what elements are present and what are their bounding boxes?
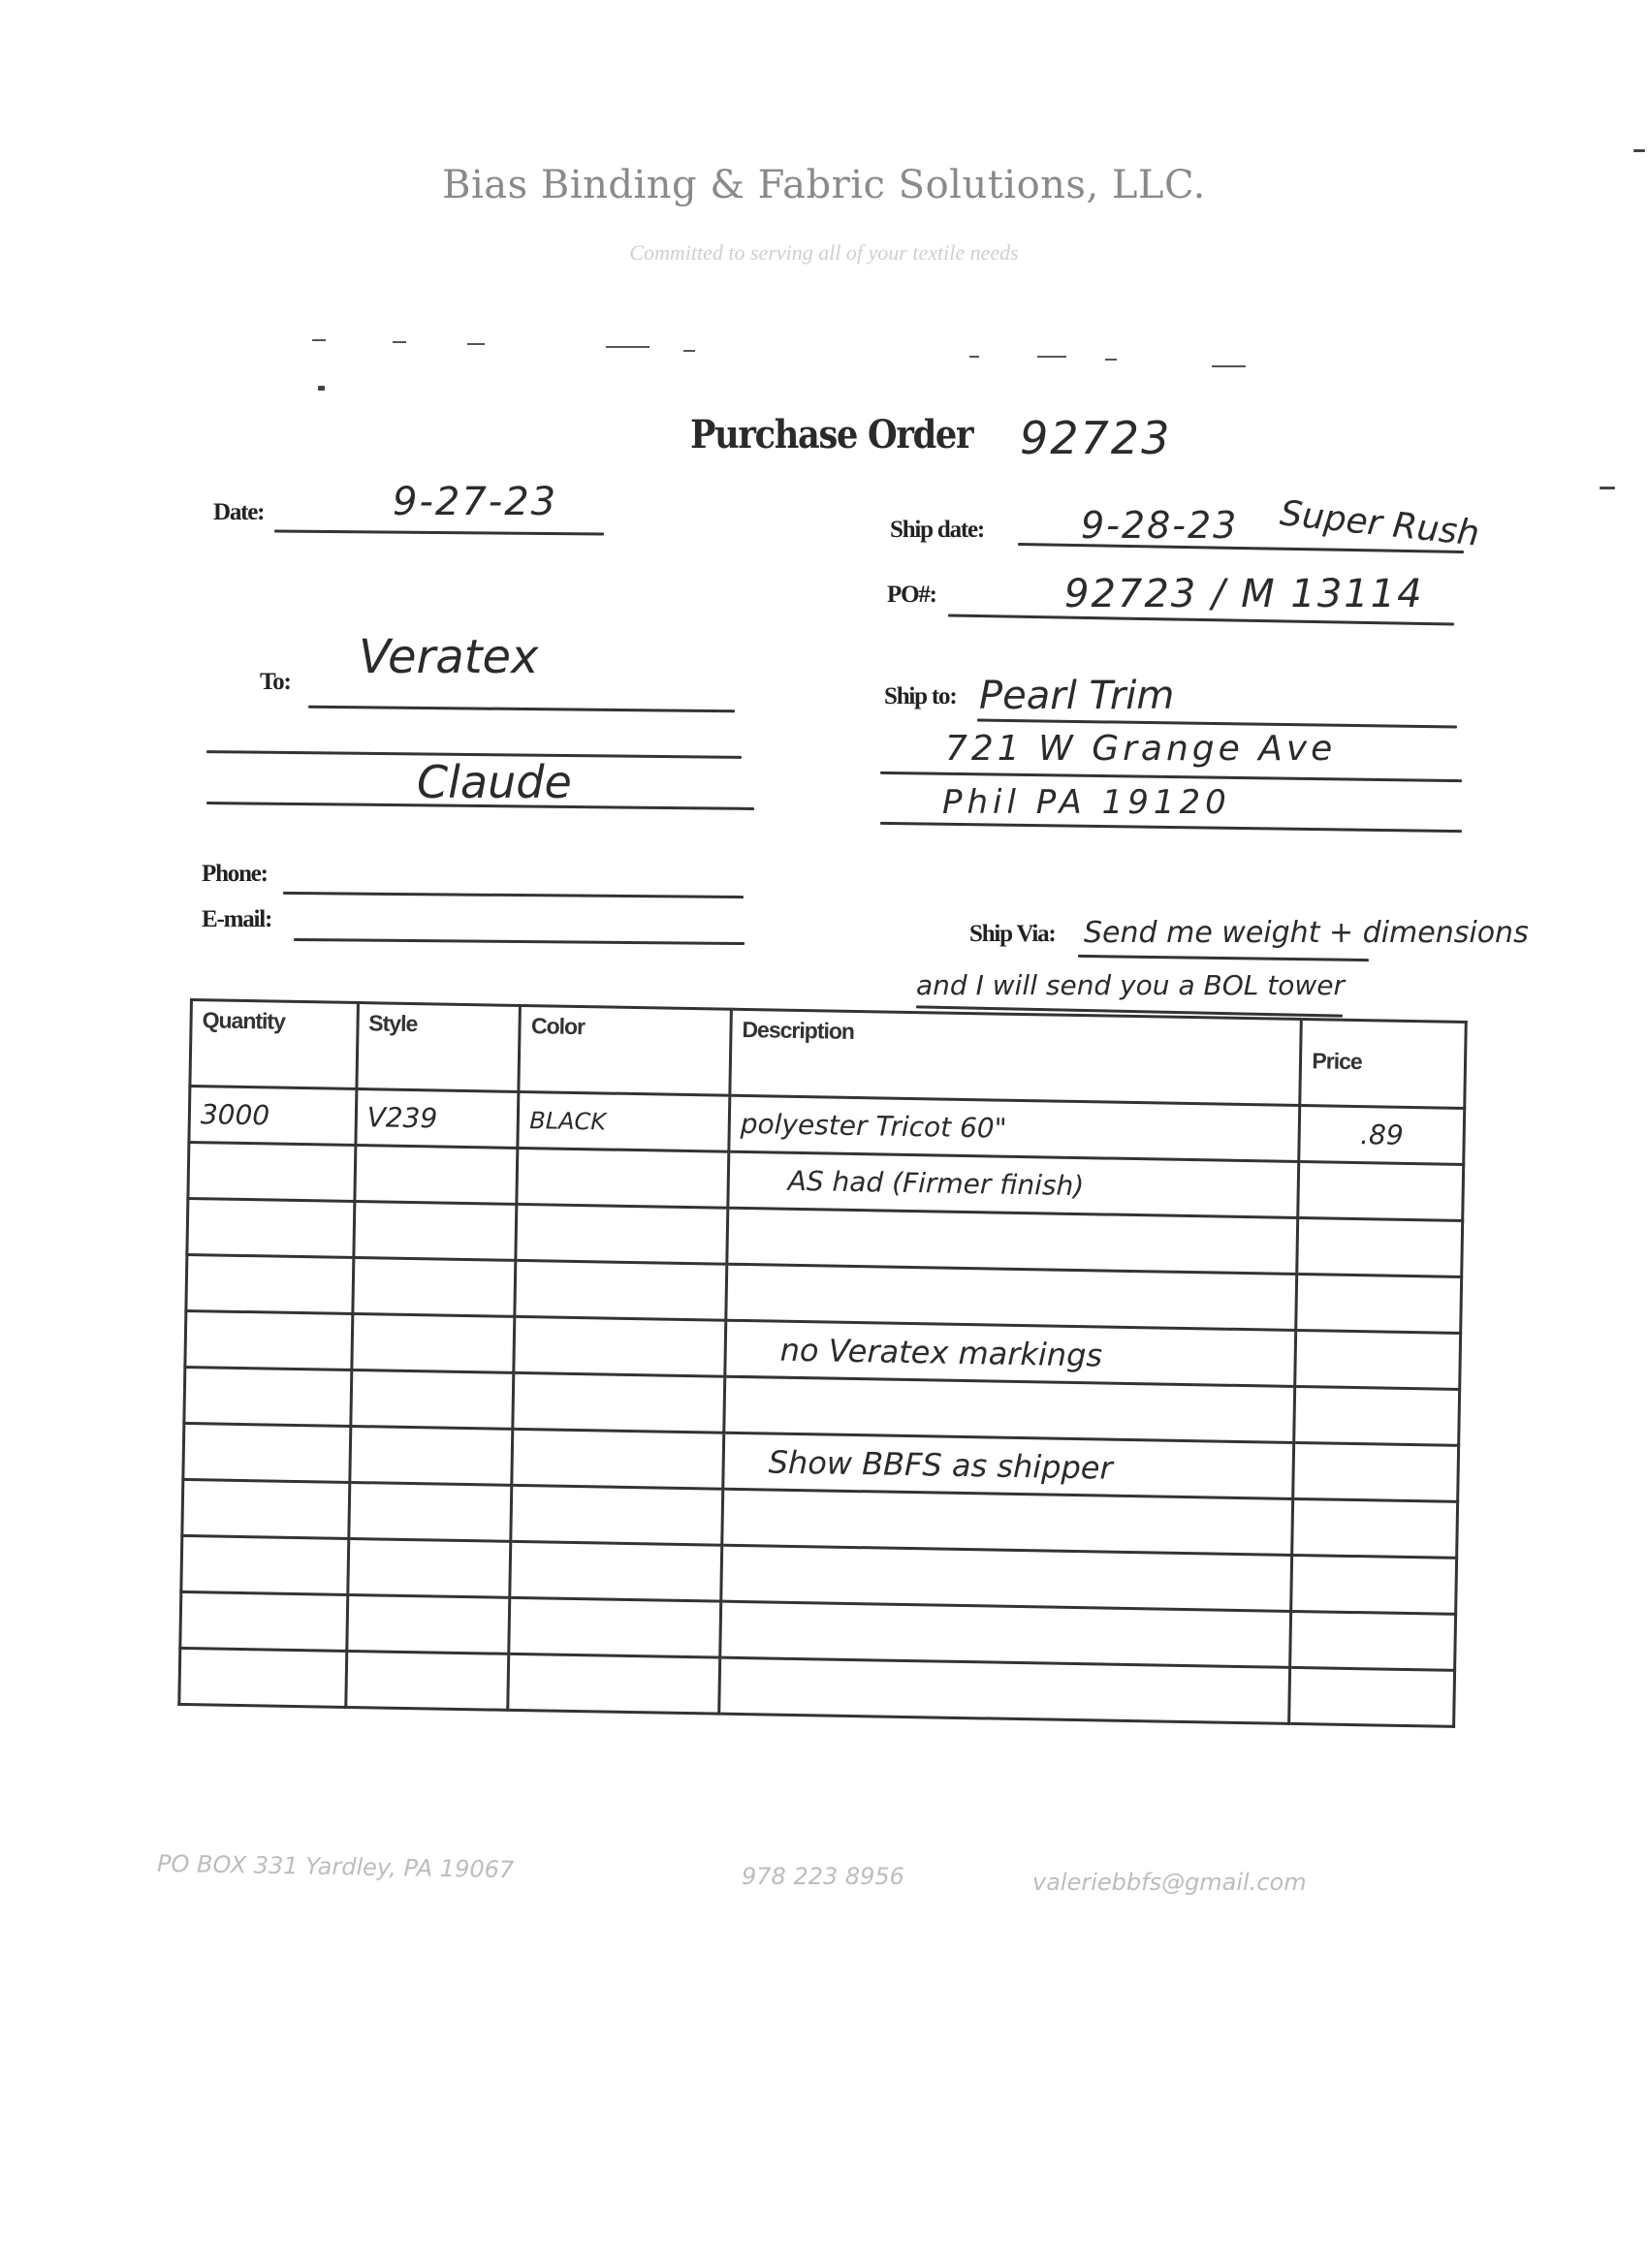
cell-price[interactable] bbox=[1296, 1274, 1462, 1333]
cell-color[interactable]: BLACK bbox=[518, 1091, 729, 1151]
cell-quantity[interactable] bbox=[188, 1143, 356, 1202]
ship-to-label: Ship to: bbox=[884, 683, 956, 710]
ship-via-label: Ship Via: bbox=[969, 921, 1056, 948]
phone-label: Phone: bbox=[202, 861, 268, 888]
page-title: Purchase Order bbox=[690, 412, 972, 457]
separator-dash bbox=[1212, 365, 1246, 367]
email-underline bbox=[294, 938, 745, 945]
cell-price[interactable] bbox=[1295, 1330, 1461, 1389]
date-underline bbox=[274, 530, 604, 536]
cell-style[interactable] bbox=[349, 1482, 513, 1541]
cell-description[interactable]: Show BBFS as shipper bbox=[723, 1433, 1294, 1498]
ship-to-field-line2[interactable]: 721 W Grange Ave bbox=[945, 729, 1336, 769]
cell-price[interactable] bbox=[1297, 1217, 1463, 1276]
to-field-line3[interactable]: Claude bbox=[417, 756, 572, 808]
column-header-quantity: Quantity bbox=[190, 1000, 358, 1089]
to-field-line1[interactable]: Veratex bbox=[359, 630, 538, 684]
cell-description[interactable]: polyester Tricot 60" bbox=[729, 1095, 1300, 1161]
cell-style[interactable] bbox=[347, 1594, 511, 1654]
cell-description[interactable]: AS had (Firmer finish) bbox=[728, 1151, 1299, 1217]
cell-price[interactable] bbox=[1290, 1611, 1456, 1670]
cell-quantity[interactable] bbox=[184, 1367, 352, 1426]
cell-price[interactable] bbox=[1293, 1442, 1459, 1501]
ship-to-underline-3 bbox=[880, 822, 1462, 833]
cell-color[interactable] bbox=[509, 1597, 720, 1657]
footer-phone: 978 223 8956 bbox=[742, 1863, 904, 1890]
scan-speck bbox=[1600, 487, 1615, 489]
cell-quantity[interactable] bbox=[183, 1423, 351, 1482]
cell-color[interactable] bbox=[516, 1204, 727, 1264]
company-name: Bias Binding & Fabric Solutions, LLC. bbox=[0, 163, 1648, 207]
cell-style[interactable] bbox=[354, 1201, 518, 1260]
cell-quantity[interactable] bbox=[182, 1479, 350, 1538]
po-title-number: 92723 bbox=[1020, 412, 1171, 464]
cell-description[interactable]: no Veratex markings bbox=[725, 1320, 1296, 1386]
cell-color[interactable] bbox=[513, 1372, 724, 1433]
cell-description[interactable] bbox=[726, 1264, 1297, 1330]
cell-color[interactable] bbox=[512, 1429, 723, 1489]
column-header-style: Style bbox=[357, 1003, 521, 1092]
phone-underline bbox=[283, 892, 744, 898]
po-number-label: PO#: bbox=[887, 582, 936, 609]
scan-speck bbox=[1633, 149, 1645, 152]
ship-date-label: Ship date: bbox=[890, 517, 984, 544]
ship-to-field-line1[interactable]: Pearl Trim bbox=[979, 674, 1174, 718]
date-field[interactable]: 9-27-23 bbox=[393, 480, 557, 524]
separator-dash bbox=[683, 350, 695, 352]
cell-description[interactable] bbox=[724, 1376, 1295, 1442]
cell-color[interactable] bbox=[508, 1654, 719, 1714]
ship-date-field[interactable]: 9-28-23 bbox=[1081, 504, 1238, 547]
separator-dash bbox=[312, 339, 326, 341]
cell-price[interactable] bbox=[1289, 1667, 1455, 1726]
ship-date-note: Super Rush bbox=[1278, 493, 1480, 553]
column-header-description: Description bbox=[730, 1009, 1302, 1105]
ship-via-underline bbox=[1078, 955, 1369, 961]
cell-description[interactable] bbox=[720, 1601, 1291, 1667]
cell-style[interactable]: V239 bbox=[356, 1089, 520, 1149]
cell-color[interactable] bbox=[517, 1148, 728, 1208]
items-table: Quantity Style Color Description Price 3… bbox=[177, 998, 1468, 1728]
cell-price[interactable] bbox=[1294, 1386, 1460, 1445]
ship-to-field-line3[interactable]: Phil PA 19120 bbox=[942, 783, 1231, 822]
cell-color[interactable] bbox=[514, 1316, 725, 1376]
cell-style[interactable] bbox=[353, 1257, 517, 1316]
separator-dash bbox=[606, 346, 650, 348]
column-header-price: Price bbox=[1300, 1020, 1466, 1109]
scan-speck bbox=[318, 386, 325, 391]
cell-quantity[interactable]: 3000 bbox=[189, 1087, 357, 1146]
cell-quantity[interactable] bbox=[185, 1310, 353, 1370]
cell-description[interactable] bbox=[727, 1208, 1298, 1274]
separator-dash bbox=[467, 343, 485, 345]
company-tagline: Committed to serving all of your textile… bbox=[0, 240, 1648, 266]
footer-email: valeriebbfs@gmail.com bbox=[1032, 1869, 1307, 1896]
ship-via-field-line2[interactable]: and I will send you a BOL tower bbox=[916, 969, 1345, 1001]
to-underline-1 bbox=[308, 706, 735, 713]
ship-to-underline-2 bbox=[880, 772, 1462, 782]
cell-color[interactable] bbox=[511, 1485, 722, 1545]
cell-style[interactable] bbox=[350, 1426, 514, 1485]
cell-quantity[interactable] bbox=[180, 1591, 348, 1651]
separator-dash bbox=[393, 341, 406, 343]
cell-quantity[interactable] bbox=[187, 1198, 355, 1257]
po-number-field[interactable]: 92723 / M 13114 bbox=[1064, 572, 1424, 616]
date-label: Date: bbox=[213, 499, 264, 526]
cell-quantity[interactable] bbox=[181, 1535, 349, 1594]
ship-to-underline-1 bbox=[977, 719, 1457, 729]
cell-description[interactable] bbox=[722, 1489, 1293, 1555]
cell-style[interactable] bbox=[348, 1538, 512, 1597]
cell-price[interactable]: .89 bbox=[1299, 1106, 1465, 1165]
cell-description[interactable] bbox=[721, 1545, 1292, 1611]
cell-color[interactable] bbox=[515, 1260, 726, 1320]
ship-via-field-line1[interactable]: Send me weight + dimensions bbox=[1084, 916, 1529, 950]
cell-style[interactable] bbox=[351, 1370, 515, 1429]
separator-dash bbox=[969, 356, 979, 358]
cell-description[interactable] bbox=[719, 1657, 1290, 1723]
cell-price[interactable] bbox=[1292, 1498, 1458, 1558]
column-header-color: Color bbox=[519, 1005, 731, 1095]
cell-style[interactable] bbox=[352, 1313, 516, 1372]
email-label: E-mail: bbox=[202, 906, 271, 933]
cell-quantity[interactable] bbox=[186, 1254, 354, 1313]
footer-address: PO BOX 331 Yardley, PA 19067 bbox=[157, 1850, 515, 1883]
cell-quantity[interactable] bbox=[179, 1648, 347, 1707]
cell-color[interactable] bbox=[510, 1541, 721, 1601]
cell-price[interactable] bbox=[1291, 1555, 1457, 1614]
separator-dash bbox=[1037, 356, 1066, 358]
cell-style[interactable] bbox=[355, 1146, 519, 1205]
separator-dash bbox=[1105, 359, 1117, 361]
cell-style[interactable] bbox=[345, 1651, 509, 1710]
cell-price[interactable] bbox=[1298, 1161, 1464, 1220]
to-label: To: bbox=[260, 669, 291, 696]
